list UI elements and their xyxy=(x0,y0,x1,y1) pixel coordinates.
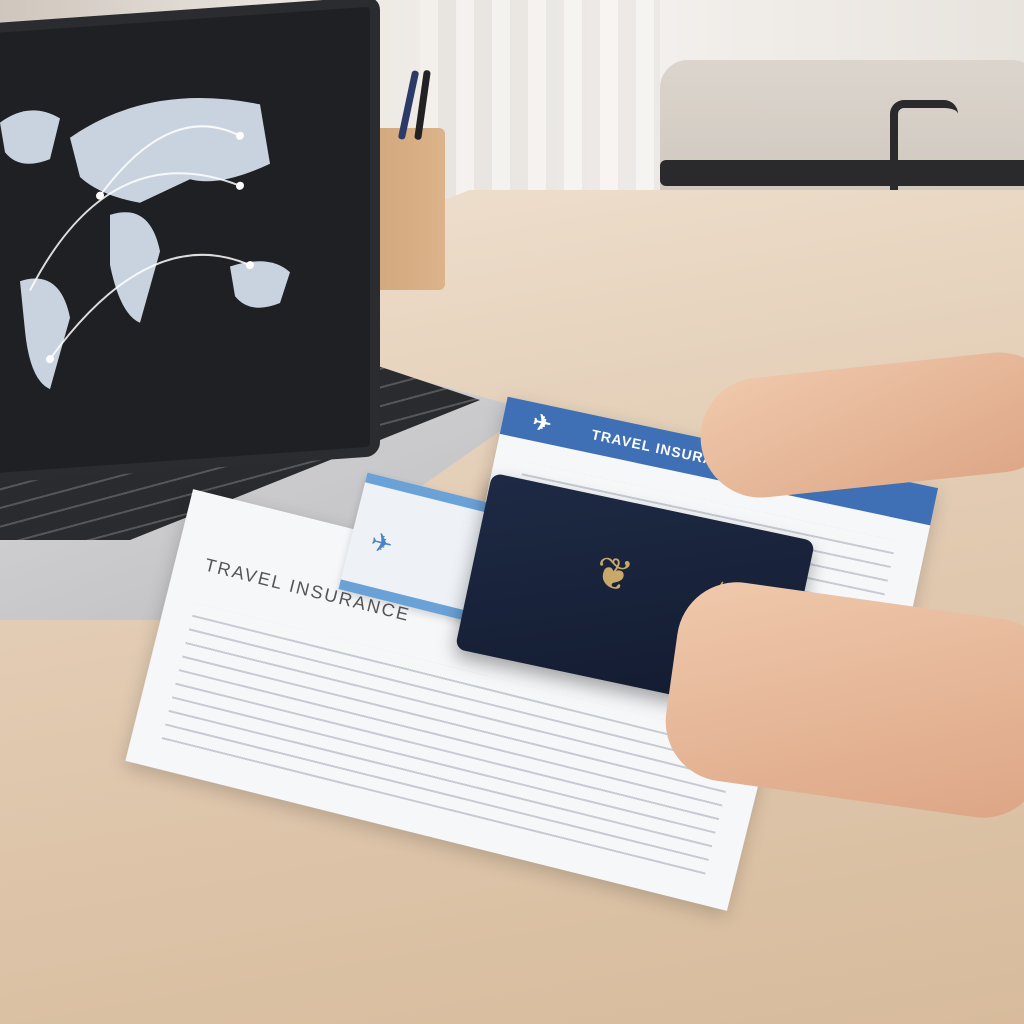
eagle-seal-icon: ❦ xyxy=(568,537,659,612)
airplane-icon: ✈ xyxy=(530,409,554,438)
suitcase-band xyxy=(660,160,1024,186)
world-map xyxy=(0,7,370,474)
curtain xyxy=(420,0,660,220)
laptop-screen xyxy=(0,0,380,484)
airplane-icon: ✈ xyxy=(367,526,396,561)
